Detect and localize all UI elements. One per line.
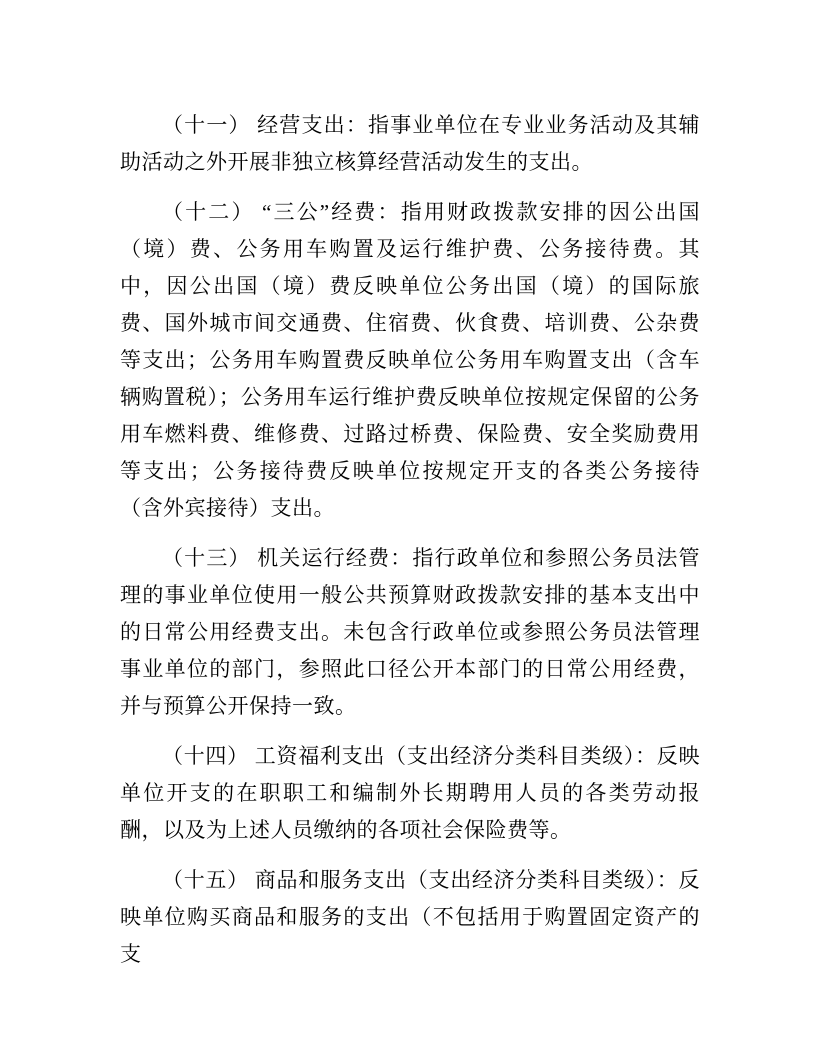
paragraph-item-12-three-public-funds: （十二） “三公”经费：指用财政拨款安排的因公出国（境）费、公务用车购置及运行维… [120,194,700,527]
paragraph-item-14-wages-welfare-expenditure: （十四） 工资福利支出（支出经济分类科目类级）：反映单位开支的在职职工和编制外长… [120,738,700,849]
document-page: （十一） 经营支出：指事业单位在专业业务活动及其辅助活动之外开展非独立核算经营活… [0,0,816,1056]
paragraph-item-13-agency-operating-funds: （十三） 机关运行经费：指行政单位和参照公务员法管理的事业单位使用一般公共预算财… [120,540,700,725]
paragraph-item-15-goods-services-expenditure: （十五） 商品和服务支出（支出经济分类科目类级）：反映单位购买商品和服务的支出（… [120,862,700,973]
paragraph-item-11-operating-expenditure: （十一） 经营支出：指事业单位在专业业务活动及其辅助活动之外开展非独立核算经营活… [120,107,700,181]
document-body: （十一） 经营支出：指事业单位在专业业务活动及其辅助活动之外开展非独立核算经营活… [120,107,700,973]
